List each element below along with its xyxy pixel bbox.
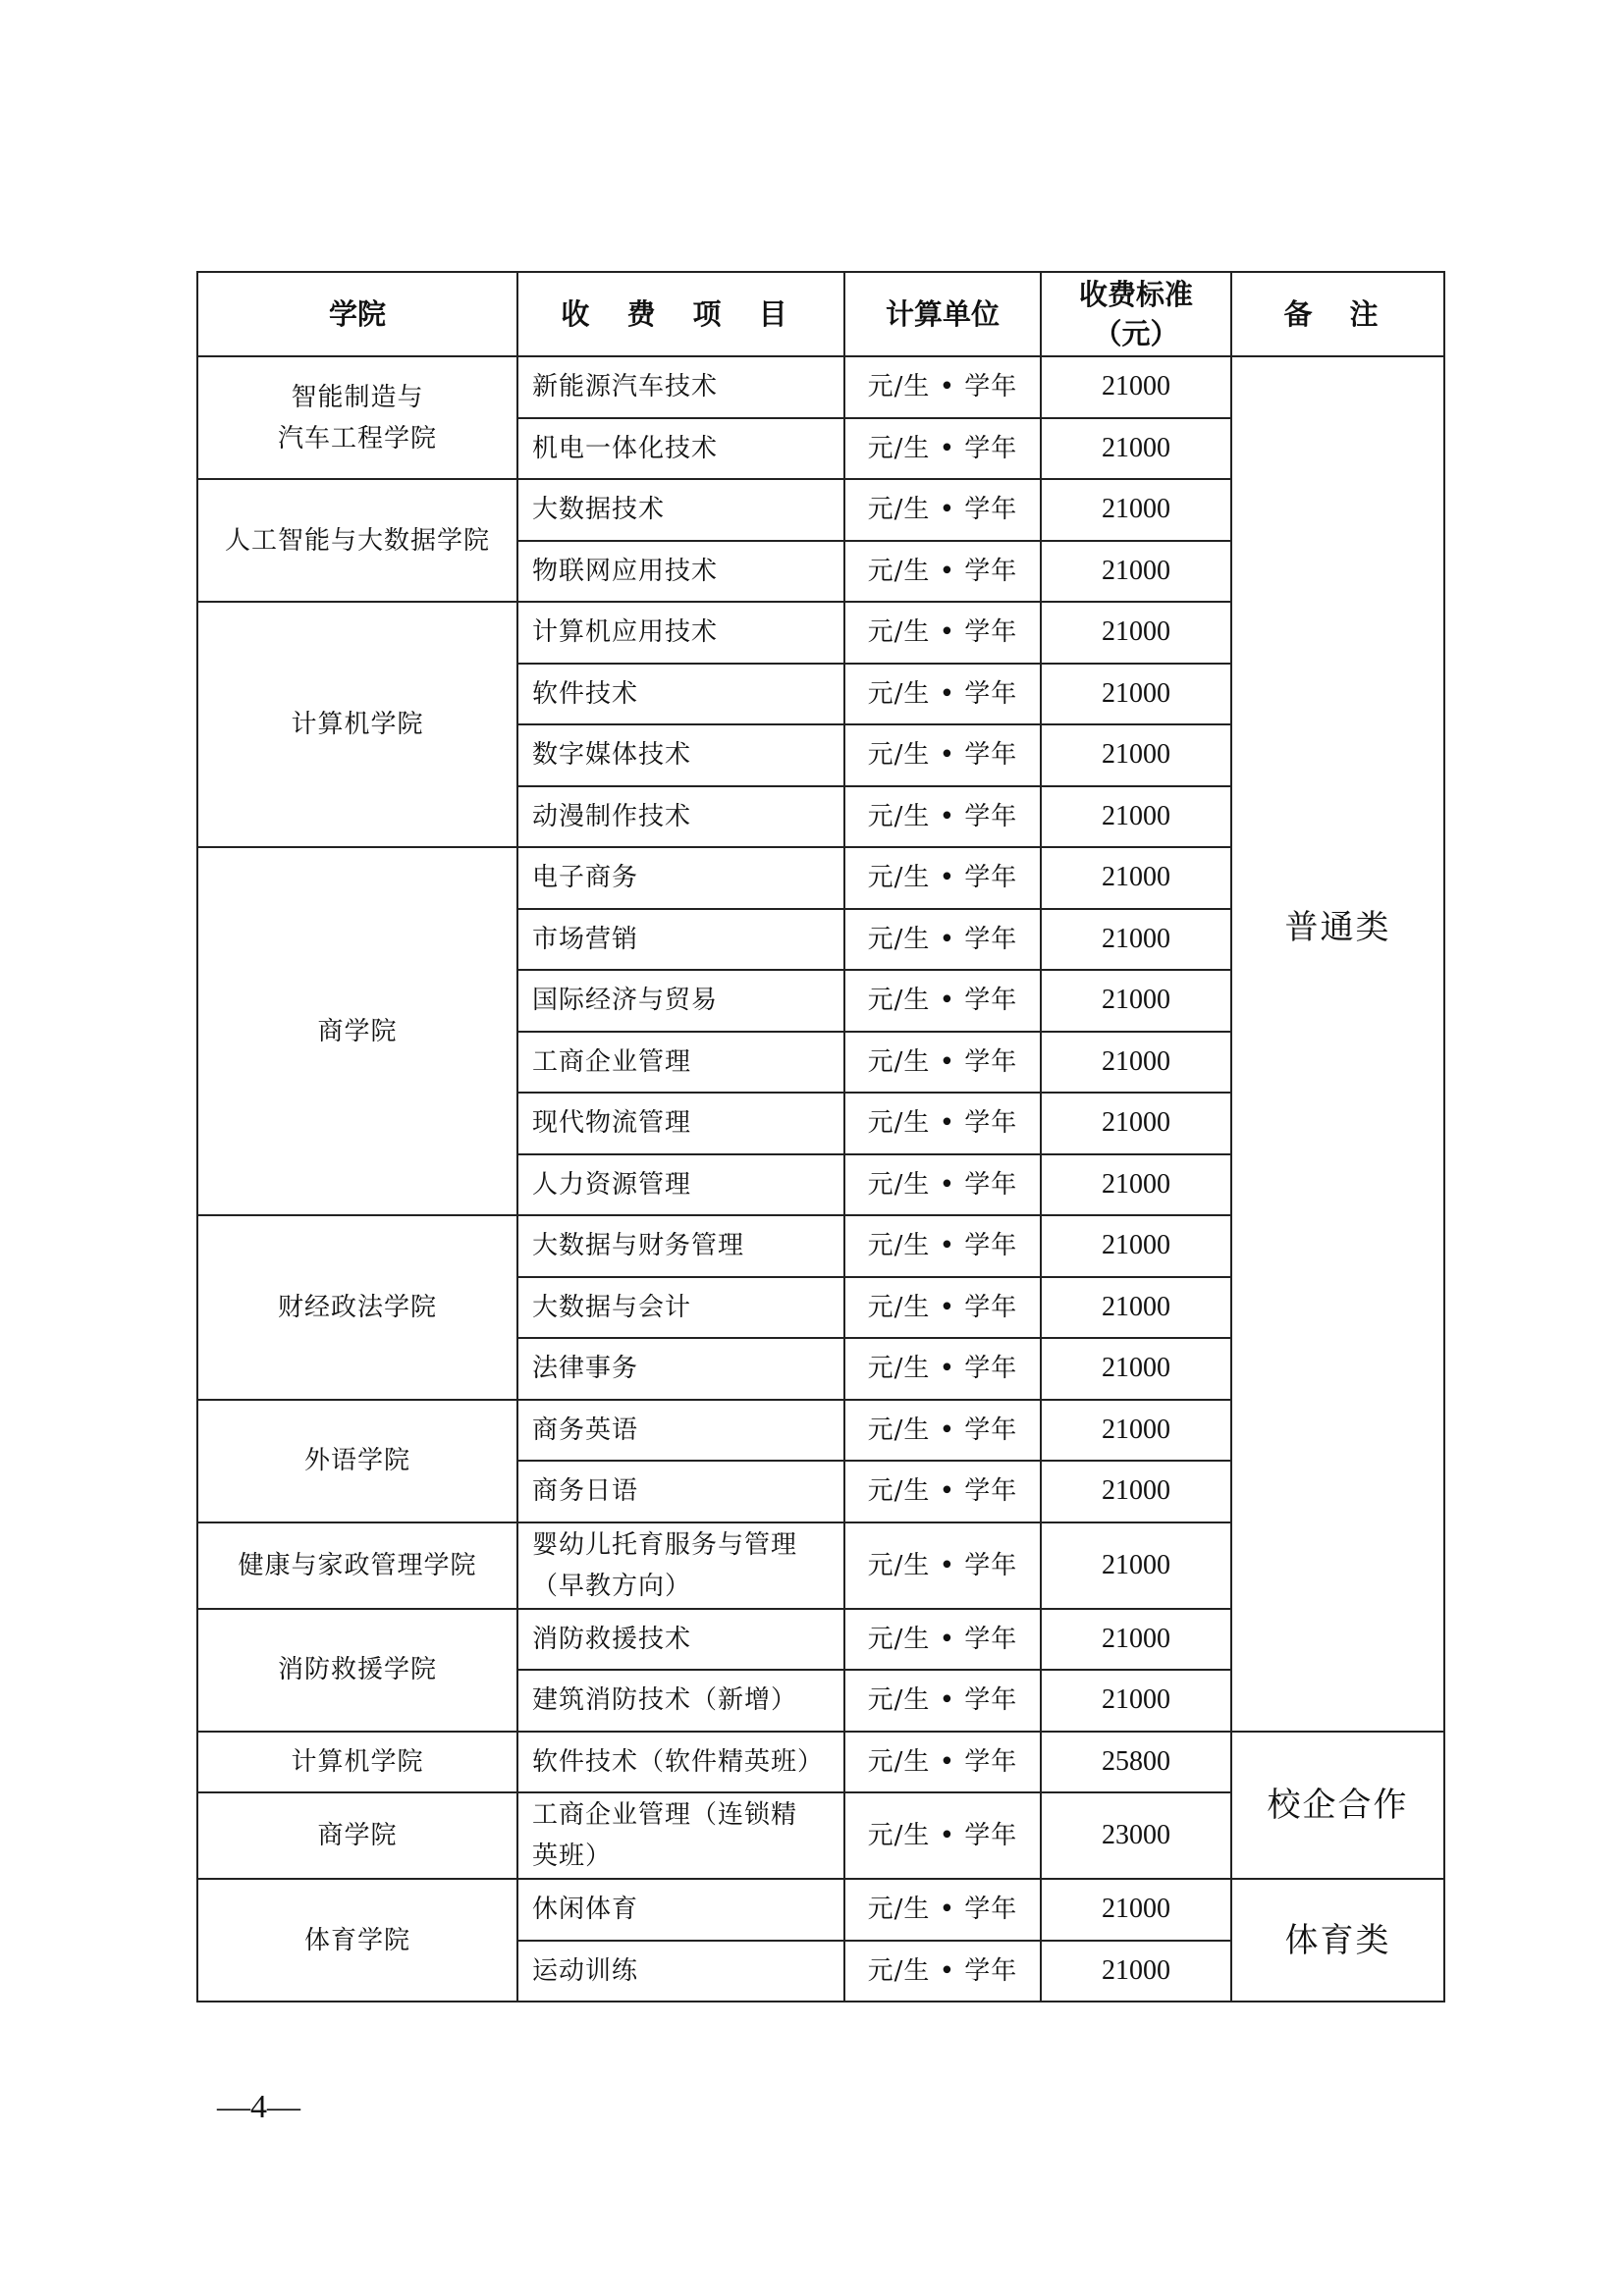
fee-cell: 21000 (1041, 664, 1231, 725)
fee-cell: 21000 (1041, 1670, 1231, 1732)
item-cell: 机电一体化技术 (517, 418, 844, 480)
item-cell: 法律事务 (517, 1338, 844, 1400)
college-line: 智能制造与 (198, 377, 516, 418)
fee-cell: 21000 (1041, 970, 1231, 1032)
college-cell: 智能制造与 汽车工程学院 (197, 356, 517, 479)
document-page: 学院 收 费 项 目 计算单位 收费标准 （元） 备 注 智能制造与 汽车工程学… (0, 0, 1624, 2296)
unit-cell: 元/生 • 学年 (844, 1792, 1041, 1879)
note-general-label: 普通类 (1232, 907, 1443, 948)
header-fee: 收费标准 （元） (1041, 272, 1231, 356)
item-cell: 人力资源管理 (517, 1154, 844, 1216)
table-row: 智能制造与 汽车工程学院 新能源汽车技术 元/生 • 学年 21000 普通类 (197, 356, 1444, 418)
item-line: （早教方向） (532, 1566, 843, 1607)
note-cell-cooperation: 校企合作 (1231, 1732, 1444, 1880)
unit-cell: 元/生 • 学年 (844, 1154, 1041, 1216)
unit-cell: 元/生 • 学年 (844, 1277, 1041, 1339)
unit-cell: 元/生 • 学年 (844, 602, 1041, 664)
item-cell: 商务日语 (517, 1461, 844, 1522)
item-cell: 市场营销 (517, 909, 844, 971)
unit-cell: 元/生 • 学年 (844, 1032, 1041, 1094)
item-cell: 工商企业管理（连锁精 英班） (517, 1792, 844, 1879)
fee-cell: 21000 (1041, 724, 1231, 786)
header-note-label: 备 注 (1283, 297, 1391, 331)
fee-cell: 21000 (1041, 909, 1231, 971)
unit-cell: 元/生 • 学年 (844, 664, 1041, 725)
unit-cell: 元/生 • 学年 (844, 1400, 1041, 1462)
fee-cell: 21000 (1041, 541, 1231, 603)
item-cell: 软件技术（软件精英班） (517, 1732, 844, 1793)
table-row: 体育学院 休闲体育 元/生 • 学年 21000 体育类 (197, 1879, 1444, 1941)
unit-cell: 元/生 • 学年 (844, 1093, 1041, 1154)
unit-cell: 元/生 • 学年 (844, 418, 1041, 480)
item-line: 工商企业管理（连锁精 (532, 1794, 843, 1836)
fee-cell: 21000 (1041, 479, 1231, 541)
unit-cell: 元/生 • 学年 (844, 356, 1041, 418)
item-line: 婴幼儿托育服务与管理 (532, 1524, 843, 1566)
fee-cell: 21000 (1041, 1609, 1231, 1671)
item-cell: 数字媒体技术 (517, 724, 844, 786)
item-cell: 休闲体育 (517, 1879, 844, 1941)
unit-cell: 元/生 • 学年 (844, 1338, 1041, 1400)
item-cell: 消防救援技术 (517, 1609, 844, 1671)
table-header-row: 学院 收 费 项 目 计算单位 收费标准 （元） 备 注 (197, 272, 1444, 356)
item-cell: 国际经济与贸易 (517, 970, 844, 1032)
header-fee-line1: 收费标准 (1042, 275, 1230, 314)
fee-cell: 21000 (1041, 1215, 1231, 1277)
page-number: —4— (217, 2089, 300, 2126)
note-cell-general: 普通类 (1231, 356, 1444, 1732)
fee-cell: 21000 (1041, 1093, 1231, 1154)
unit-cell: 元/生 • 学年 (844, 1941, 1041, 2002)
item-cell: 大数据与会计 (517, 1277, 844, 1339)
fee-cell: 21000 (1041, 1879, 1231, 1941)
fee-cell: 21000 (1041, 602, 1231, 664)
fee-cell: 21000 (1041, 1277, 1231, 1339)
college-cell: 商学院 (197, 847, 517, 1215)
unit-cell: 元/生 • 学年 (844, 1732, 1041, 1793)
item-cell: 电子商务 (517, 847, 844, 909)
item-cell: 软件技术 (517, 664, 844, 725)
fee-cell: 21000 (1041, 847, 1231, 909)
item-line: 英班） (532, 1836, 843, 1877)
college-cell: 财经政法学院 (197, 1215, 517, 1400)
item-cell: 现代物流管理 (517, 1093, 844, 1154)
item-cell: 工商企业管理 (517, 1032, 844, 1094)
item-cell: 建筑消防技术（新增） (517, 1670, 844, 1732)
header-fee-line2: （元） (1042, 314, 1230, 353)
item-cell: 商务英语 (517, 1400, 844, 1462)
item-cell: 运动训练 (517, 1941, 844, 2002)
item-cell: 大数据技术 (517, 479, 844, 541)
college-line: 汽车工程学院 (198, 418, 516, 459)
fee-cell: 21000 (1041, 1522, 1231, 1609)
unit-cell: 元/生 • 学年 (844, 847, 1041, 909)
header-item: 收 费 项 目 (517, 272, 844, 356)
unit-cell: 元/生 • 学年 (844, 1879, 1041, 1941)
fee-cell: 21000 (1041, 1154, 1231, 1216)
item-cell: 新能源汽车技术 (517, 356, 844, 418)
header-item-label: 收 费 项 目 (561, 297, 800, 331)
college-cell: 计算机学院 (197, 1732, 517, 1793)
college-cell: 消防救援学院 (197, 1609, 517, 1732)
college-cell: 人工智能与大数据学院 (197, 479, 517, 602)
unit-cell: 元/生 • 学年 (844, 1522, 1041, 1609)
fee-cell: 21000 (1041, 1338, 1231, 1400)
unit-cell: 元/生 • 学年 (844, 1670, 1041, 1732)
unit-cell: 元/生 • 学年 (844, 1609, 1041, 1671)
fee-cell: 23000 (1041, 1792, 1231, 1879)
unit-cell: 元/生 • 学年 (844, 479, 1041, 541)
unit-cell: 元/生 • 学年 (844, 541, 1041, 603)
college-cell: 商学院 (197, 1792, 517, 1879)
header-college: 学院 (197, 272, 517, 356)
header-note: 备 注 (1231, 272, 1444, 356)
item-cell: 大数据与财务管理 (517, 1215, 844, 1277)
unit-cell: 元/生 • 学年 (844, 970, 1041, 1032)
fee-cell: 25800 (1041, 1732, 1231, 1793)
fee-cell: 21000 (1041, 1461, 1231, 1522)
fee-cell: 21000 (1041, 1400, 1231, 1462)
unit-cell: 元/生 • 学年 (844, 1461, 1041, 1522)
table-row: 计算机学院 软件技术（软件精英班） 元/生 • 学年 25800 校企合作 (197, 1732, 1444, 1793)
item-cell: 物联网应用技术 (517, 541, 844, 603)
college-cell: 外语学院 (197, 1400, 517, 1522)
header-unit: 计算单位 (844, 272, 1041, 356)
unit-cell: 元/生 • 学年 (844, 1215, 1041, 1277)
college-cell: 体育学院 (197, 1879, 517, 2002)
item-cell: 计算机应用技术 (517, 602, 844, 664)
item-cell: 婴幼儿托育服务与管理 （早教方向） (517, 1522, 844, 1609)
fee-cell: 21000 (1041, 1032, 1231, 1094)
tuition-fee-table: 学院 收 费 项 目 计算单位 收费标准 （元） 备 注 智能制造与 汽车工程学… (196, 271, 1445, 2002)
fee-cell: 21000 (1041, 786, 1231, 848)
unit-cell: 元/生 • 学年 (844, 786, 1041, 848)
college-cell: 健康与家政管理学院 (197, 1522, 517, 1609)
unit-cell: 元/生 • 学年 (844, 724, 1041, 786)
fee-cell: 21000 (1041, 418, 1231, 480)
fee-cell: 21000 (1041, 1941, 1231, 2002)
unit-cell: 元/生 • 学年 (844, 909, 1041, 971)
fee-cell: 21000 (1041, 356, 1231, 418)
college-cell: 计算机学院 (197, 602, 517, 847)
note-cell-sports: 体育类 (1231, 1879, 1444, 2002)
item-cell: 动漫制作技术 (517, 786, 844, 848)
